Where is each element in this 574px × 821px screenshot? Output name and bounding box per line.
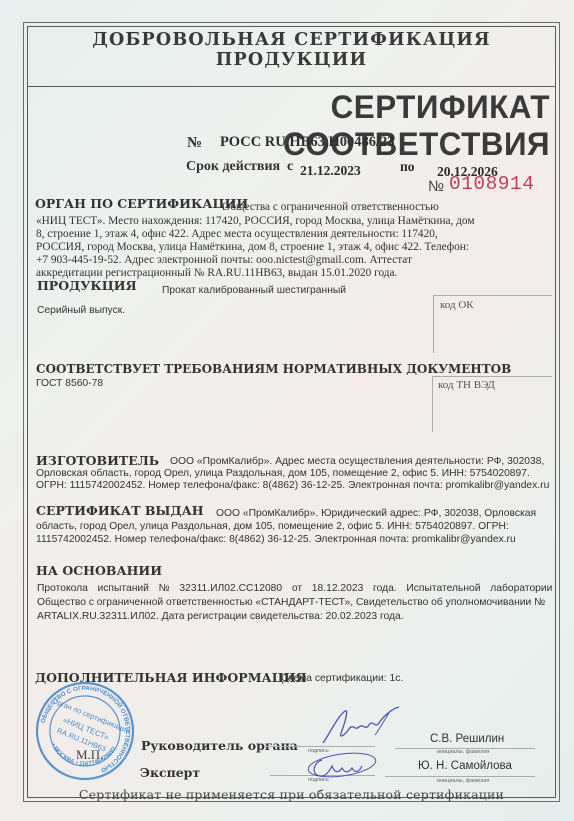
name-caption: инициалы, фамилия <box>437 749 489 755</box>
manufacturer-title: ИЗГОТОВИТЕЛЬ <box>36 453 159 468</box>
header-divider <box>27 86 556 87</box>
certification-body-title: ОРГАН ПО СЕРТИФИКАЦИИ <box>35 196 248 211</box>
compliance-standard: ГОСТ 8560-78 <box>36 377 103 390</box>
certification-body-line: Общества с ограниченной ответственностью <box>222 201 439 215</box>
expert-signature-icon <box>300 750 380 782</box>
tn-ved-code-box: код ТН ВЭД <box>432 376 552 432</box>
name-caption: инициалы, фамилия <box>437 778 489 784</box>
certificate-title: СЕРТИФИКАТ СООТВЕТСТВИЯ <box>158 89 550 163</box>
basis-line: Протокола испытаний № 32311.ИЛ02.СС12080… <box>37 582 552 595</box>
compliance-title: СООТВЕТСТВУЕТ ТРЕБОВАНИЯМ НОРМАТИВНЫХ ДО… <box>36 362 511 376</box>
product-name: Прокат калиброванный шестигранный <box>162 284 346 297</box>
certification-body-line: «НИЦ ТЕСТ». Место нахождения: 117420, РО… <box>36 215 475 229</box>
serial-number-label: № <box>428 178 444 195</box>
expert-name-line <box>385 776 535 777</box>
voluntary-certification-title: ДОБРОВОЛЬНАЯ СЕРТИФИКАЦИЯ ПРОДУКЦИИ <box>27 30 556 70</box>
ok-code-label: код ОК <box>440 299 474 311</box>
valid-to-label: по <box>400 159 415 175</box>
basis-line: Общество с ограниченной ответственностью… <box>37 596 545 609</box>
basis-line: ARTALIX.RU.32311.ИЛ02. Дата регистрации … <box>37 610 404 623</box>
validity-label: Срок действия <box>186 159 280 175</box>
head-signature-icon <box>315 705 405 750</box>
certification-body-line: РОССИЯ, город Москва, улица Намёткина, д… <box>36 241 469 255</box>
footer-note: Сертификат не применяется при обязательн… <box>27 787 556 802</box>
expert-label: Эксперт <box>140 765 200 780</box>
seal-stamp-icon: ОБЩЕСТВО С ОГРАНИЧЕННОЙ ОТВЕТСТВЕННОСТЬЮ… <box>35 681 135 781</box>
issued-to-line: область, город Орел, улица Раздольная, д… <box>36 520 509 533</box>
certification-scheme: Схема сертификации: 1с. <box>281 672 403 685</box>
valid-from-date: 21.12.2023 <box>300 163 361 179</box>
product-title: ПРОДУКЦИЯ <box>37 278 137 293</box>
certification-body-line: 8, строение 1, этаж 4, офис 422. Адрес м… <box>36 228 438 242</box>
issued-to-line: 1115742002452. Номер телефона/факс: 8(48… <box>36 533 516 546</box>
serial-number: 0108914 <box>449 173 534 195</box>
certificate-number: РОСС RU.НВ63.Н00486/23 <box>220 134 395 151</box>
valid-from-label: с <box>287 159 293 175</box>
number-label: № <box>187 135 202 152</box>
manufacturer-line: ОГРН: 1115742002452. Номер телефона/факс… <box>36 479 549 492</box>
issued-to-title: СЕРТИФИКАТ ВЫДАН <box>36 503 204 518</box>
basis-title: НА ОСНОВАНИИ <box>36 563 162 578</box>
ok-code-box: код ОК <box>433 295 552 353</box>
expert-name: Ю. Н. Самойлова <box>418 760 512 772</box>
certification-body-line: +7 903-445-19-52. Адрес электронной почт… <box>36 254 412 268</box>
tn-ved-code-label: код ТН ВЭД <box>438 379 495 391</box>
seal-place-label: М.П. <box>76 747 103 763</box>
product-release-type: Серийный выпуск. <box>37 304 125 317</box>
head-name: С.В. Решилин <box>430 733 504 745</box>
issued-to-line: ООО «ПромКалибр». Юридический адрес: РФ,… <box>216 507 536 520</box>
